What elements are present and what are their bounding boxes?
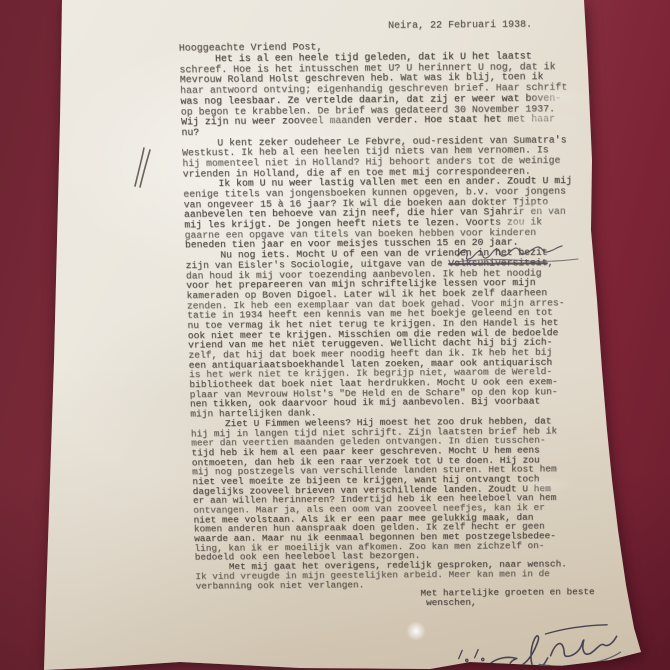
margin-mark (128, 142, 162, 194)
letter-sheet-shadow: Neira, 22 Februari 1938.Hooggeachte Vrie… (0, 0, 670, 670)
letter-sheet: Neira, 22 Februari 1938.Hooggeachte Vrie… (0, 0, 670, 670)
struck-word: Volksuniversiteit (448, 258, 547, 269)
typewritten-line: wenschen, (196, 599, 570, 611)
signature (445, 613, 647, 670)
typewritten-text: Neira, 22 Februari 1938.Hooggeachte Vrie… (178, 20, 578, 611)
framed-letter-photo: Neira, 22 Februari 1938.Hooggeachte Vrie… (0, 0, 670, 670)
